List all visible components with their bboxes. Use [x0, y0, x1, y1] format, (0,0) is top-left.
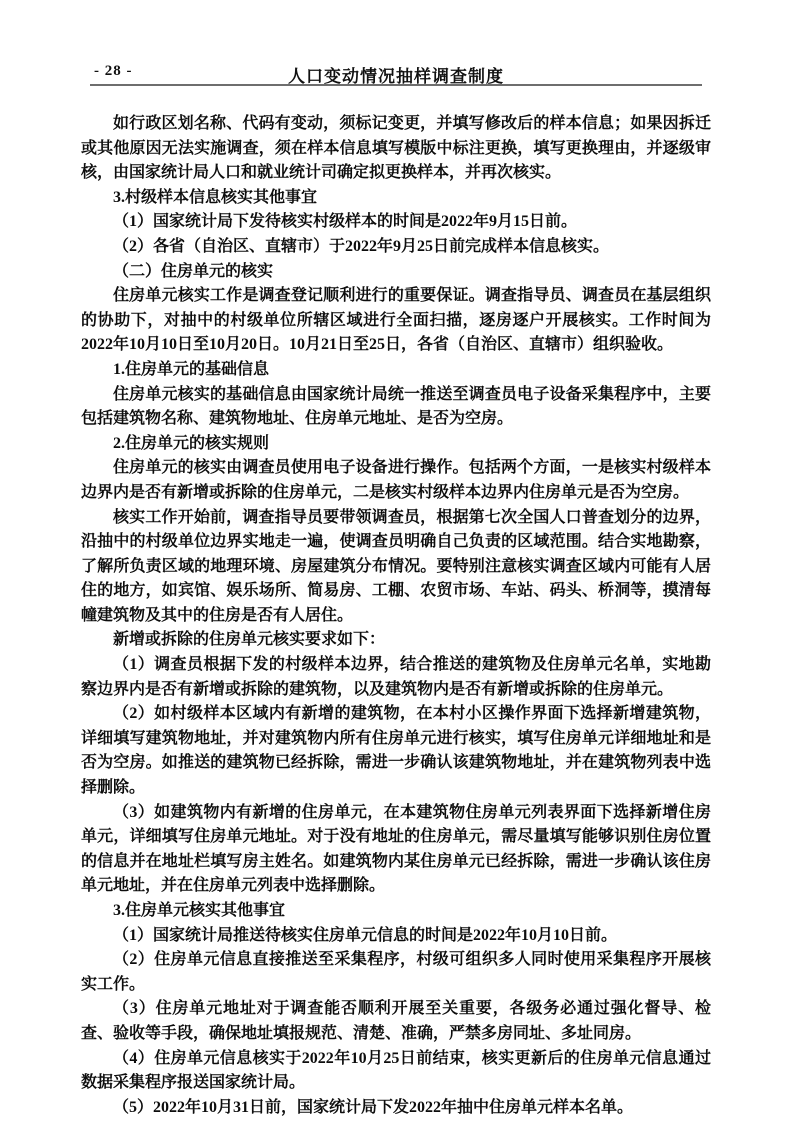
paragraph: （4）住房单元信息核实于2022年10月25日前结束，核实更新后的住房单元信息通…	[81, 1047, 711, 1096]
paragraph: 住房单元的核实由调查员使用电子设备进行操作。包括两个方面，一是核实村级样本边界内…	[81, 456, 711, 505]
paragraph: 核实工作开始前，调查指导员要带领调查员，根据第七次全国人口普查划分的边界，沿抽中…	[81, 506, 711, 629]
section-heading: 3.住房单元核实其他事宜	[81, 899, 711, 924]
paragraph: （1）国家统计局下发待核实村级样本的时间是2022年9月15日前。	[81, 210, 711, 235]
header-title: 人口变动情况抽样调查制度	[90, 62, 702, 87]
paragraph: （1）调查员根据下发的村级样本边界，结合推送的建筑物及住房单元名单，实地勘察边界…	[81, 653, 711, 702]
paragraph: 新增或拆除的住房单元核实要求如下：	[81, 628, 711, 653]
section-heading: 1.住房单元的基础信息	[81, 358, 711, 383]
paragraph: （2）住房单元信息直接推送至采集程序，村级可组织多人同时使用采集程序开展核实工作…	[81, 948, 711, 997]
paragraph: 如行政区划名称、代码有变动，须标记变更，并填写修改后的样本信息；如果因拆迁或其他…	[81, 112, 711, 186]
section-heading: 2.住房单元的核实规则	[81, 432, 711, 457]
paragraph: （1）国家统计局推送待核实住房单元信息的时间是2022年10月10日前。	[81, 924, 711, 949]
section-heading: （二）住房单元的核实	[81, 260, 711, 285]
page-header: - 28 - 人口变动情况抽样调查制度	[90, 60, 702, 86]
paragraph: （3）如建筑物内有新增的住房单元，在本建筑物住房单元列表界面下选择新增住房单元，…	[81, 801, 711, 899]
paragraph: （2）各省（自治区、直辖市）于2022年9月25日前完成样本信息核实。	[81, 235, 711, 260]
paragraph: （3）住房单元地址对于调查能否顺利开展至关重要，各级务必通过强化督导、检查、验收…	[81, 997, 711, 1046]
paragraph: （2）如村级样本区域内有新增的建筑物，在本村小区操作界面下选择新增建筑物，详细填…	[81, 702, 711, 800]
paragraph: 住房单元核实的基础信息由国家统计局统一推送至调查员电子设备采集程序中，主要包括建…	[81, 383, 711, 432]
document-body: 如行政区划名称、代码有变动，须标记变更，并填写修改后的样本信息；如果因拆迁或其他…	[81, 112, 711, 1120]
section-heading: 3.村级样本信息核实其他事宜	[81, 186, 711, 211]
paragraph: 住房单元核实工作是调查登记顺利进行的重要保证。调查指导员、调查员在基层组织的协助…	[81, 284, 711, 358]
paragraph: （5）2022年10月31日前，国家统计局下发2022年抽中住房单元样本名单。	[81, 1096, 711, 1121]
document-page: - 28 - 人口变动情况抽样调查制度 如行政区划名称、代码有变动，须标记变更，…	[0, 0, 793, 1122]
